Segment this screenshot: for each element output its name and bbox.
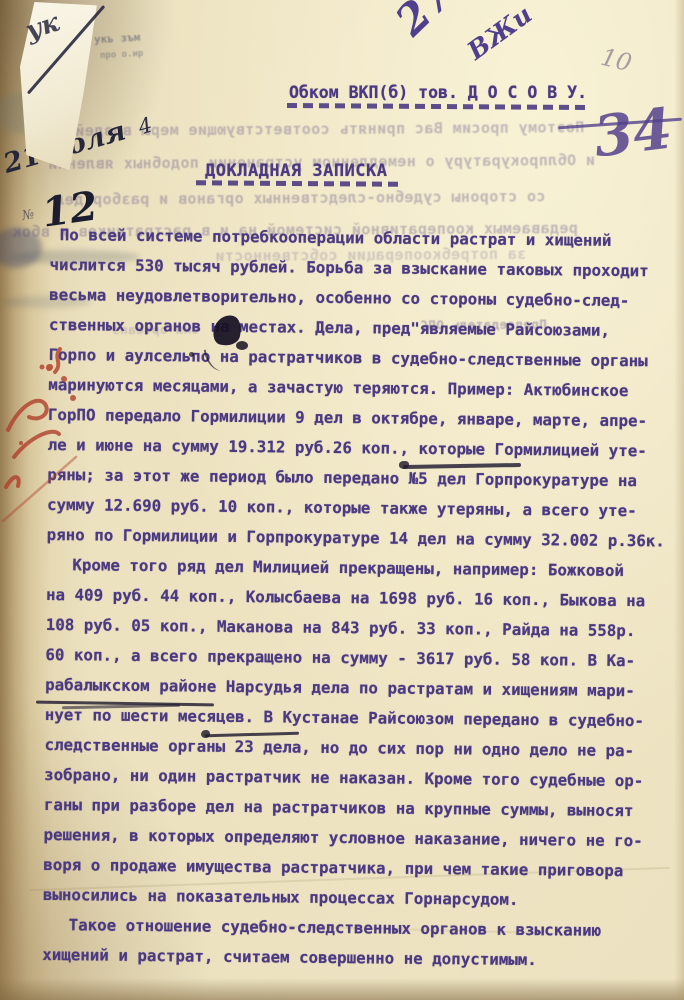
document-title: ДОКЛАДНАЯ ЗАПИСКА	[205, 161, 388, 181]
title-underline	[196, 180, 399, 186]
ink-speck	[189, 352, 194, 357]
recipient-underline	[287, 103, 589, 110]
stamp-fragment: укь зъм	[94, 31, 141, 46]
stamp-fragment: про о.ир	[100, 49, 144, 61]
document-page: укь зъм про о.ир Поэтому просим Вас прин…	[0, 0, 684, 1000]
handwritten-page-number: 34	[590, 95, 675, 170]
paper-bottom-edge	[0, 978, 684, 1000]
ink-blot	[236, 341, 248, 350]
handwritten-number-12: 12	[39, 182, 101, 236]
hand-underline-blob	[201, 730, 210, 738]
handwritten-initials: ВЖи	[462, 0, 537, 65]
date-mark: 4	[135, 113, 154, 140]
paper-right-edge	[674, 0, 684, 1000]
recipient-line: Обком ВКП(б) тов. Д О С О В У.	[289, 83, 587, 102]
document-body: По всей системе потребкооперации области…	[42, 220, 668, 976]
red-margin-scribble	[0, 335, 95, 535]
numero-sign: №	[21, 207, 36, 224]
bleedthrough-line: со стороны судебно-следственных органов …	[55, 187, 546, 208]
pencil-number: 10	[598, 43, 634, 78]
handwritten-number: 27	[386, 0, 462, 45]
